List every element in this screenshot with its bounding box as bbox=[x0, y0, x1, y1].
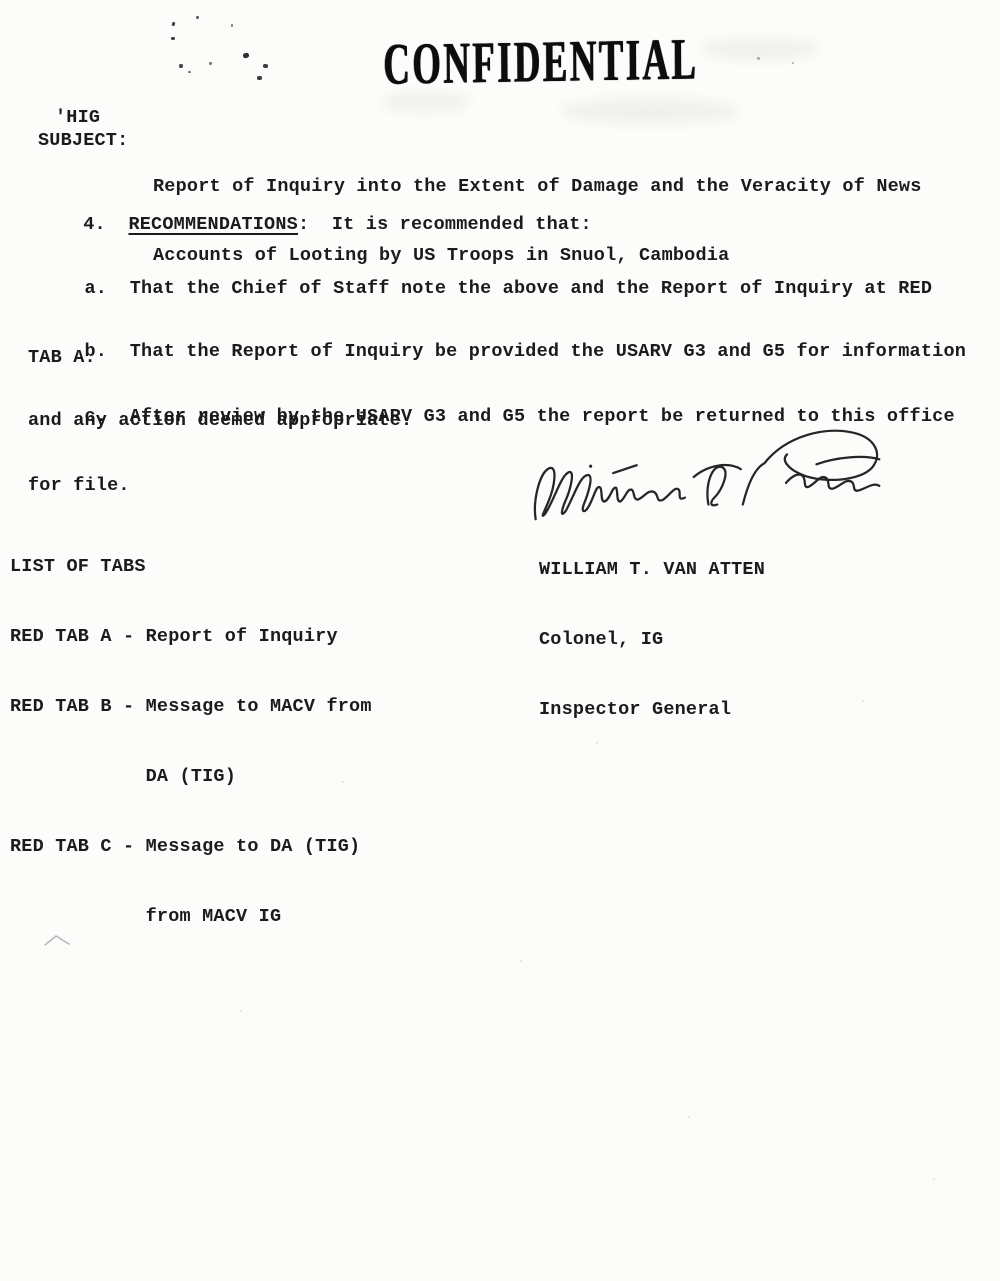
ink-speck bbox=[231, 24, 233, 27]
ink-speck bbox=[792, 62, 794, 64]
ink-speck bbox=[171, 37, 175, 40]
scan-smudge bbox=[700, 38, 820, 60]
ink-speck bbox=[257, 76, 262, 80]
ink-speck bbox=[171, 22, 175, 27]
tab-entry: RED TAB A - Report of Inquiry bbox=[10, 625, 372, 649]
tabs-heading: LIST OF TABS bbox=[10, 555, 372, 579]
ink-speck bbox=[263, 64, 269, 69]
tab-entry-continuation: from MACV IG bbox=[10, 905, 372, 929]
list-of-tabs: LIST OF TABS RED TAB A - Report of Inqui… bbox=[10, 509, 372, 975]
scan-noise-dot bbox=[862, 700, 864, 702]
ink-speck bbox=[209, 62, 212, 65]
pencil-mark bbox=[44, 934, 70, 946]
office-symbol: 'HIG bbox=[55, 106, 100, 129]
signature-block: WILLIAM T. VAN ATTEN Colonel, IG Inspect… bbox=[539, 512, 765, 768]
signer-title: Inspector General bbox=[539, 698, 765, 722]
ink-speck bbox=[757, 57, 760, 60]
document-page: CONFIDENTIAL 'HIG SUBJECT: Report of Inq… bbox=[0, 0, 1000, 1281]
ink-speck bbox=[196, 16, 199, 19]
signer-rank: Colonel, IG bbox=[539, 628, 765, 652]
ink-speck bbox=[188, 71, 191, 73]
tab-entry-continuation: DA (TIG) bbox=[10, 765, 372, 789]
subject-label: SUBJECT: bbox=[38, 129, 128, 152]
signer-name: WILLIAM T. VAN ATTEN bbox=[539, 558, 765, 582]
tab-entry: RED TAB B - Message to MACV from bbox=[10, 695, 372, 719]
scan-noise-dot bbox=[240, 1010, 242, 1012]
ink-speck bbox=[242, 52, 249, 58]
scan-noise-dot bbox=[933, 1178, 935, 1180]
scan-noise-dot bbox=[688, 1116, 690, 1118]
scan-smudge bbox=[560, 98, 740, 124]
scan-noise-dot bbox=[520, 960, 522, 962]
confidential-stamp: CONFIDENTIAL bbox=[383, 25, 698, 98]
ink-speck bbox=[179, 64, 183, 68]
tab-entry: RED TAB C - Message to DA (TIG) bbox=[10, 835, 372, 859]
